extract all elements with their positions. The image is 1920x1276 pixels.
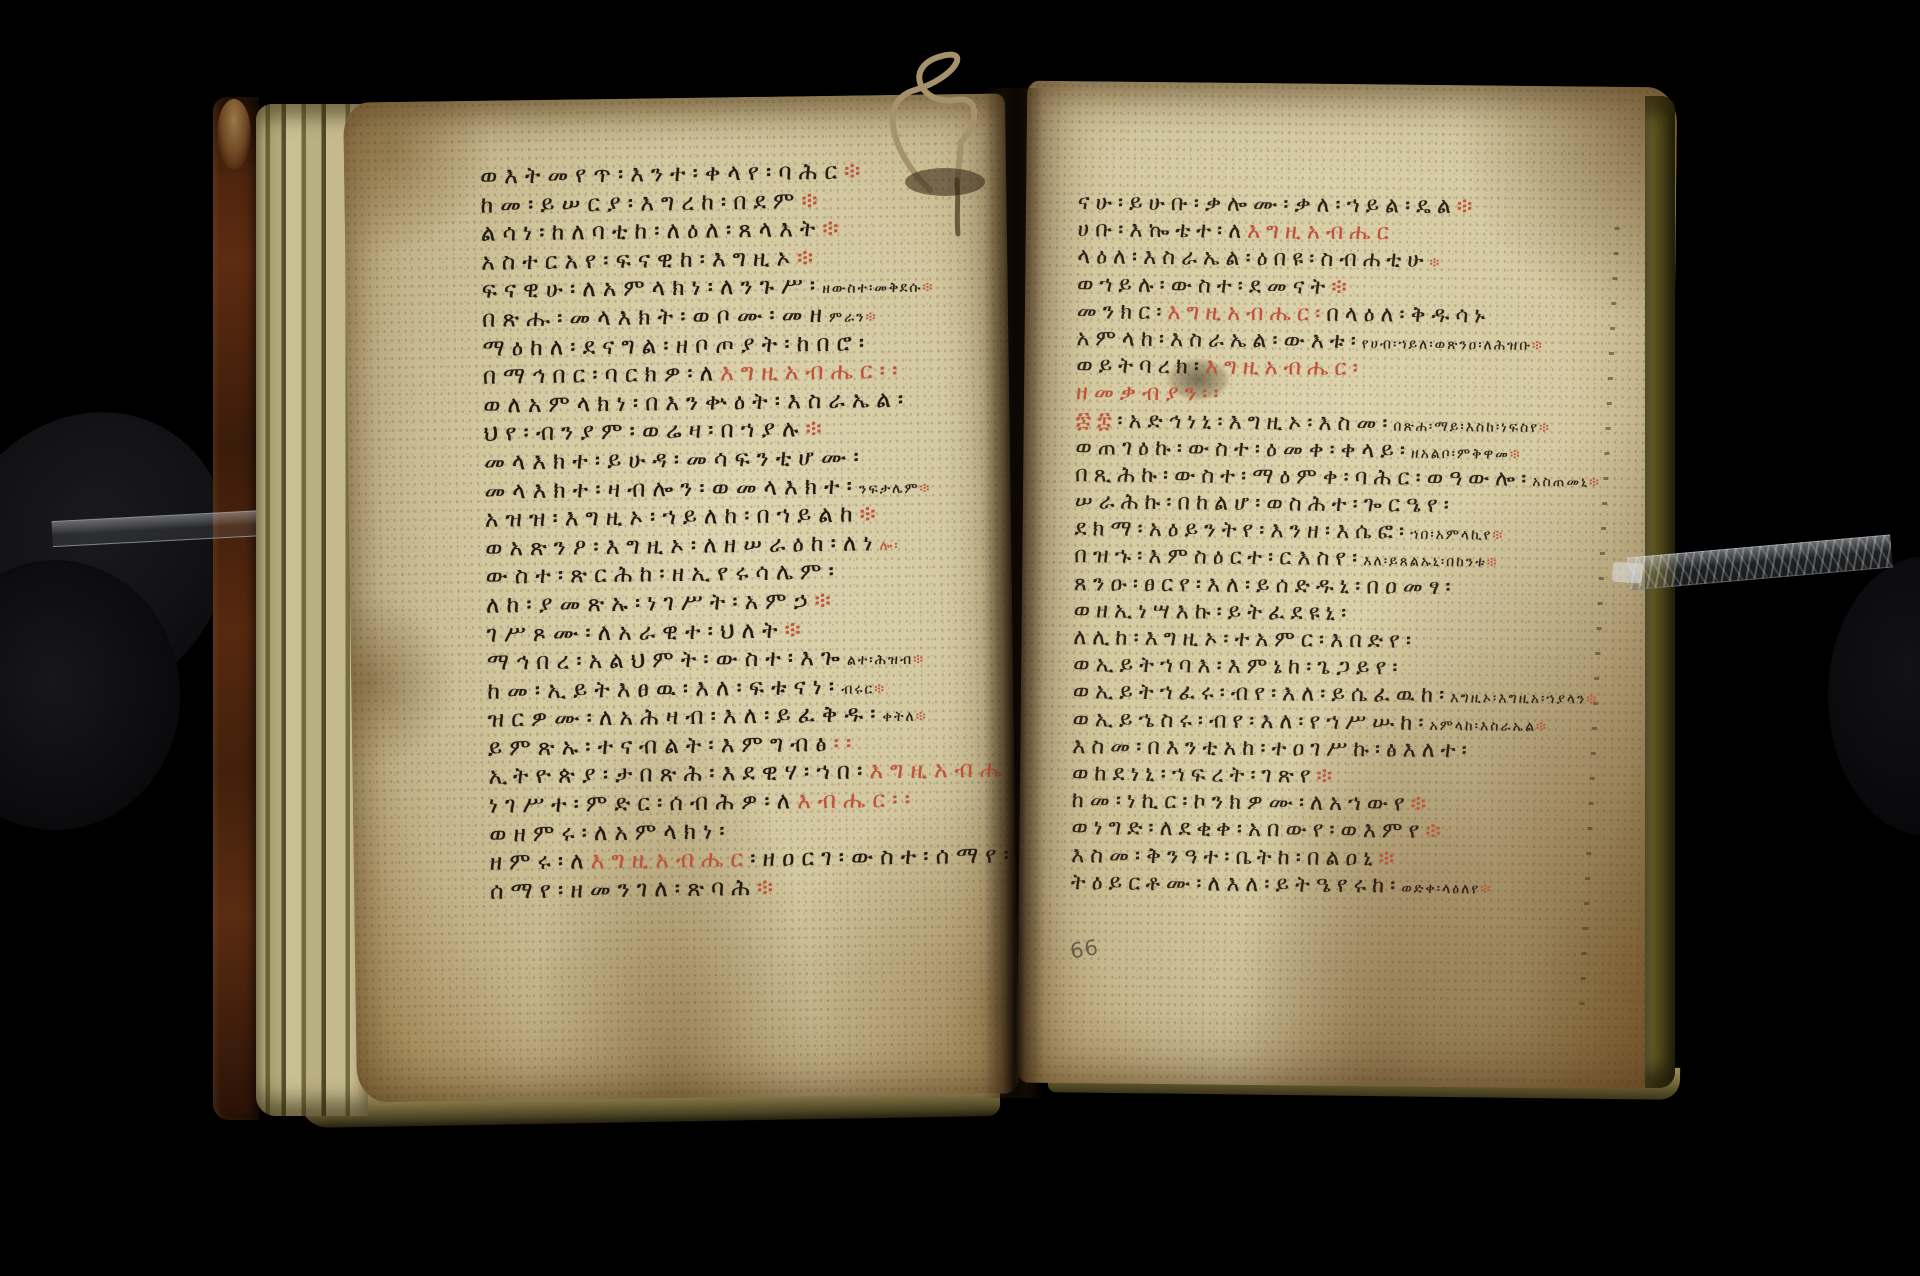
rubricated-text: ፨: [1316, 764, 1338, 789]
ink-text: ወጠገዕኩ፡ውስተ፡ዕመቀ፡ቀላይ፡: [1075, 435, 1411, 464]
rubricated-text: ፨: [919, 480, 931, 496]
rubricated-text: ፨: [1425, 819, 1447, 844]
ink-text: ከመ፡ነኪር፡ኮንክዎሙ፡ለአኀውየ: [1072, 788, 1411, 817]
ink-text: ትዕይርቶሙ፡ለእለ፡ይትዔየሩከ፡: [1071, 870, 1402, 898]
ink-text: በጽሑ፡መላእክት፡ወቦሙ፡መዘ: [482, 302, 829, 333]
rubricated-text: ፨: [865, 309, 877, 325]
ink-text: አስተርአየ፡ፍናዊከ፡እግዚኦ: [481, 245, 797, 275]
ink-text: እስመ፡በእንቲአከ፡ተዐገሥኩ፡ፅእለተ፡: [1072, 734, 1473, 763]
ink-text: ይምጽኡ፡ተናብልት፡እምግብፅ: [488, 731, 834, 762]
photo-stage: ወእትመየጥ፡እንተ፡ቀላየ፡ባሕር፨ከመ፡ይሠርያ፡እግረከ፡በደም፨ልሳነ፡…: [0, 0, 1920, 1276]
ink-text: ብሩር: [841, 681, 874, 697]
ink-text: ወአጽንዖ፡እግዚኦ፡ለዘሠራዕከ፡ለነ: [485, 530, 880, 562]
rubricated-text: ፨: [1487, 555, 1499, 571]
text-line: ሰማየ፡ዘመንገለ፡ጽባሕ፨: [490, 870, 1004, 906]
ink-text: ኀበ፡አምላኪየ: [1410, 527, 1492, 544]
ink-text: ወእትመየጥ፡እንተ፡ቀላየ፡ባሕር: [480, 159, 844, 190]
ink-text: ውስተ፡ጽርሕከ፡ዘኢየሩሳሌም፡: [486, 559, 842, 590]
rubricated-text: ፨: [1492, 528, 1504, 544]
ink-text: በጺሕኩ፡ውስተ፡ማዕምቀ፡ባሕር፡ወዓውሎ፡: [1075, 462, 1532, 492]
ink-text: እለ፡ይጸልኡኒ፡በከንቱ: [1363, 554, 1487, 571]
rubricated-text: ፨: [1532, 338, 1544, 354]
ink-text: የሀብ፡ኀይለ፡ወጽንዐ፡ለሕዝቡ: [1362, 336, 1532, 354]
ink-text: ናሁ፡ይሁቡ፡ቃሎሙ፡ቃለ፡ኀይል፡ዴል: [1078, 190, 1457, 219]
rubricated-text: ፨: [1429, 255, 1441, 271]
rubricated-text: ፨: [1457, 194, 1479, 219]
rubricated-text: ፨: [797, 245, 821, 271]
ink-text: ለከ፡ያመጽኡ፡ነገሥት፡አምኃ: [486, 588, 815, 619]
ink-text: ዘምሩ፡ለ: [489, 849, 590, 876]
rubricated-text: ፨: [1331, 274, 1353, 299]
rubricated-text: እግዚአብሔር፡፡: [720, 358, 905, 387]
rubricated-text: ፨: [1539, 420, 1551, 436]
ink-text: ፡አድኅነኒ፡እግዚኦ፡እስመ፡: [1117, 408, 1393, 436]
rubricated-text: ፨: [1379, 846, 1401, 871]
rubricated-text: ፨: [801, 188, 825, 214]
ink-text: በጽሐ፡ማይ፡እስከ፡ነፍስየ: [1393, 418, 1539, 436]
left-cover-board: [213, 97, 259, 1120]
rubricated-text: ፨: [757, 874, 781, 900]
ink-text: ፡ዘዐርገ፡ውስተ፡ሰማየ፡: [750, 843, 1016, 873]
right-page: ናሁ፡ይሁቡ፡ቃሎሙ፡ቃለ፡ኀይል፡ዴል፨ሀቡ፡እኰቴተ፡ለእግዚአብሔርላዕለ…: [1017, 81, 1677, 1090]
left-page: ወእትመየጥ፡እንተ፡ቀላየ፡ባሕር፨ከመ፡ይሠርያ፡እግረከ፡በደም፨ልሳነ፡…: [343, 93, 1019, 1102]
rubricated-text: ፨: [805, 416, 829, 442]
ink-text: ወኢይኄስሩ፡ብየ፡እለ፡የኀሥሡከ፡: [1072, 707, 1429, 736]
rubricated-text: እብሔር፡፡: [797, 787, 917, 815]
ink-text: ህየ፡ብንያም፡ወሬዛ፡በኀያሉ: [484, 417, 806, 447]
ink-text: ጸንዑ፡ፀርየ፡እለ፡ይሰድዱኒ፡በዐመፃ፡: [1074, 571, 1457, 600]
left-page-text-column: ወእትመየጥ፡እንተ፡ቀላየ፡ባሕር፨ከመ፡ይሠርያ፡እግረከ፡በደም፨ልሳነ፡…: [480, 156, 1004, 907]
ink-text: ለሊከ፡እግዚኦ፡ተአምር፡እበድየ፡: [1073, 625, 1417, 654]
ink-text: ወዘኢነሣእኩ፡ይትፈደዩኒ፡: [1074, 598, 1353, 626]
rubricated-text: እግዚአብሔር: [591, 846, 751, 874]
text-line: ትዕይርቶሙ፡ለእለ፡ይትዔየሩከ፡ወድቀ፡ላዕለየ፨: [1071, 869, 1593, 902]
rubricated-text: ፡፡: [833, 730, 858, 756]
rubricated-text: ፨: [1480, 881, 1492, 897]
ink-text: ደክማ፡አዕይንትየ፡እንዘ፡እሴፎ፡: [1074, 516, 1410, 545]
ink-text: መንክር፡: [1077, 299, 1168, 325]
ink-text: ከመ፡ኢይትእፀዉ፡እለ፡ፍቱናነ፡: [487, 673, 841, 704]
rubricated-text: ፷፰: [1076, 408, 1118, 433]
rubricated-text: ፨: [922, 280, 934, 296]
ink-text: ሰማየ፡ዘመንገለ፡ጽባሕ: [490, 875, 757, 905]
rubricated-text: ፨: [913, 652, 925, 668]
rubricated-text: ዘመቃብያን፡፡: [1076, 380, 1225, 407]
rubricated-text: ፨: [784, 617, 808, 643]
ink-text: ወከደነኒ፡ኀፍረት፡ገጽየ: [1072, 761, 1317, 789]
bookmark-string: [860, 30, 1020, 240]
ink-text: ማኅበረ፡አልህምት፡ውስተ፡እጐ: [487, 645, 847, 676]
ink-text: ንፍታሌም: [859, 480, 920, 497]
ink-text: ወዘምሩ፡ለአምላክነ፡: [489, 818, 732, 847]
fore-edge-right: [1645, 96, 1675, 1088]
ink-text: ዘውስተ፡መቅደሱ: [822, 280, 922, 297]
ink-text: ከመ፡ይሠርያ፡እግረከ፡በደም: [480, 188, 801, 218]
rubricated-text: ፨: [822, 216, 846, 242]
ink-text: ገሥጾሙ፡ለአራዊተ፡ህለት: [486, 617, 784, 647]
ink-text: ፍናዊሁ፡ለአምላክነ፡ለንጉሥ፡: [482, 273, 823, 304]
ink-text: ወኢይትኀፈሩ፡ብየ፡እለ፡ይሴፈዉከ፡: [1073, 680, 1451, 709]
ink-text: ልሳነ፡ከለባቲከ፡ለዕለ፡ጸላእት: [481, 216, 823, 247]
ink-text: በላዕለ፡ቅዱሳኑ: [1326, 302, 1491, 329]
rubricated-text: እግዚአብሔር፡: [1205, 355, 1364, 382]
ink-text: ነገሥተ፡ምድር፡ሰብሕዎ፡ለ: [489, 788, 798, 818]
ink-text: ወኀይሉ፡ውስተ፡ደመናት: [1077, 272, 1331, 300]
ink-text: በዝኁ፡እምስዕርተ፡ርእስየ፡: [1074, 544, 1363, 572]
ink-text: አምላከ፡እስራኤል: [1429, 717, 1536, 734]
rubricated-text: ሎ፡: [879, 538, 899, 554]
ink-text: ወነግድ፡ለደቂቀ፡አበውየ፡ወእምየ: [1071, 815, 1425, 844]
ink-text: ሠራሕኩ፡በከልሆ፡ወስሕተ፡ጐርዔየ፡: [1075, 489, 1455, 518]
ink-text: ምራን: [829, 309, 866, 326]
ink-text: ልተ፡ሕዝብ: [847, 652, 913, 669]
rubricated-text: እግዚአብሔር፡: [1167, 300, 1326, 327]
ink-text: ወድቀ፡ላዕለየ: [1401, 880, 1480, 897]
ink-text: ቀትለ: [883, 709, 916, 725]
ink-text: ዝርዎሙ፡ለአሕዛብ፡እለ፡ይፈቅዱ፡: [488, 701, 883, 733]
ink-text: እግዚኦ፡እግዚአ፡ኀያላን: [1450, 690, 1586, 707]
ink-text: ሀቡ፡እኰቴተ፡ለ: [1078, 217, 1248, 244]
folio-number-pencil: 66: [1068, 935, 1100, 963]
ink-text: መላእክተ፡ዛብሎን፡ወመላእክተ፡: [484, 473, 859, 504]
ink-text: ማዕከለ፡ደናግል፡ዘቦጦያት፡ከበሮ፡: [482, 330, 871, 361]
right-page-text-column: ናሁ፡ይሁቡ፡ቃሎሙ፡ቃለ፡ኀይል፡ዴል፨ሀቡ፡እኰቴተ፡ለእግዚአብሔርላዕለ…: [1071, 189, 1600, 901]
ink-text: ወኢይትኀባእ፡እምኔከ፡ጌጋይየ፡: [1073, 652, 1404, 680]
ink-text: ላዕለ፡እስራኤል፡ዕበዩ፡ስብሐቲሁ: [1077, 245, 1429, 274]
ink-text: ወለአምላክነ፡በእንቍዕት፡እስራኤል፡: [483, 387, 910, 419]
ink-text: ዘአልቦ፡ምቅዋመ: [1411, 445, 1510, 462]
ink-text: በማኅበር፡ባርክዎ፡ለ: [483, 361, 721, 390]
rubricated-text: ፨: [916, 709, 928, 725]
ink-text: እስመ፡ቅንዓተ፡ቤትከ፡በልዐኒ: [1071, 843, 1379, 871]
ink-text: አስጠመኒ: [1532, 474, 1589, 491]
ink-text: ኢትዮጵያ፡ታበጽሕ፡እደዊሃ፡ኀበ፡: [488, 759, 869, 790]
rubricated-text: ፨: [1410, 792, 1432, 817]
rubricated-text: ፨: [874, 681, 886, 697]
ink-text: አዝዝ፡እግዚኦ፡ኀይለከ፡በኀይልከ: [485, 502, 860, 533]
rubricated-text: እግዚአብሔር: [1247, 219, 1395, 246]
conservator-glove-right: [1828, 556, 1920, 836]
rubricated-text: ፨: [1510, 446, 1522, 462]
rubricated-text: ፨: [814, 588, 838, 614]
ink-text: መላእክተ፡ይሁዳ፡መሳፍንቲሆሙ፡: [484, 444, 866, 475]
ink-text: ወይትባረክ፡: [1076, 353, 1205, 379]
rubricated-text: ፨: [1536, 719, 1548, 735]
rubricated-text: ፨: [1589, 474, 1601, 490]
ink-text: አምላከ፡እስራኤል፡ውእቱ፡: [1076, 326, 1362, 354]
rubricated-text: ፨: [859, 501, 883, 527]
